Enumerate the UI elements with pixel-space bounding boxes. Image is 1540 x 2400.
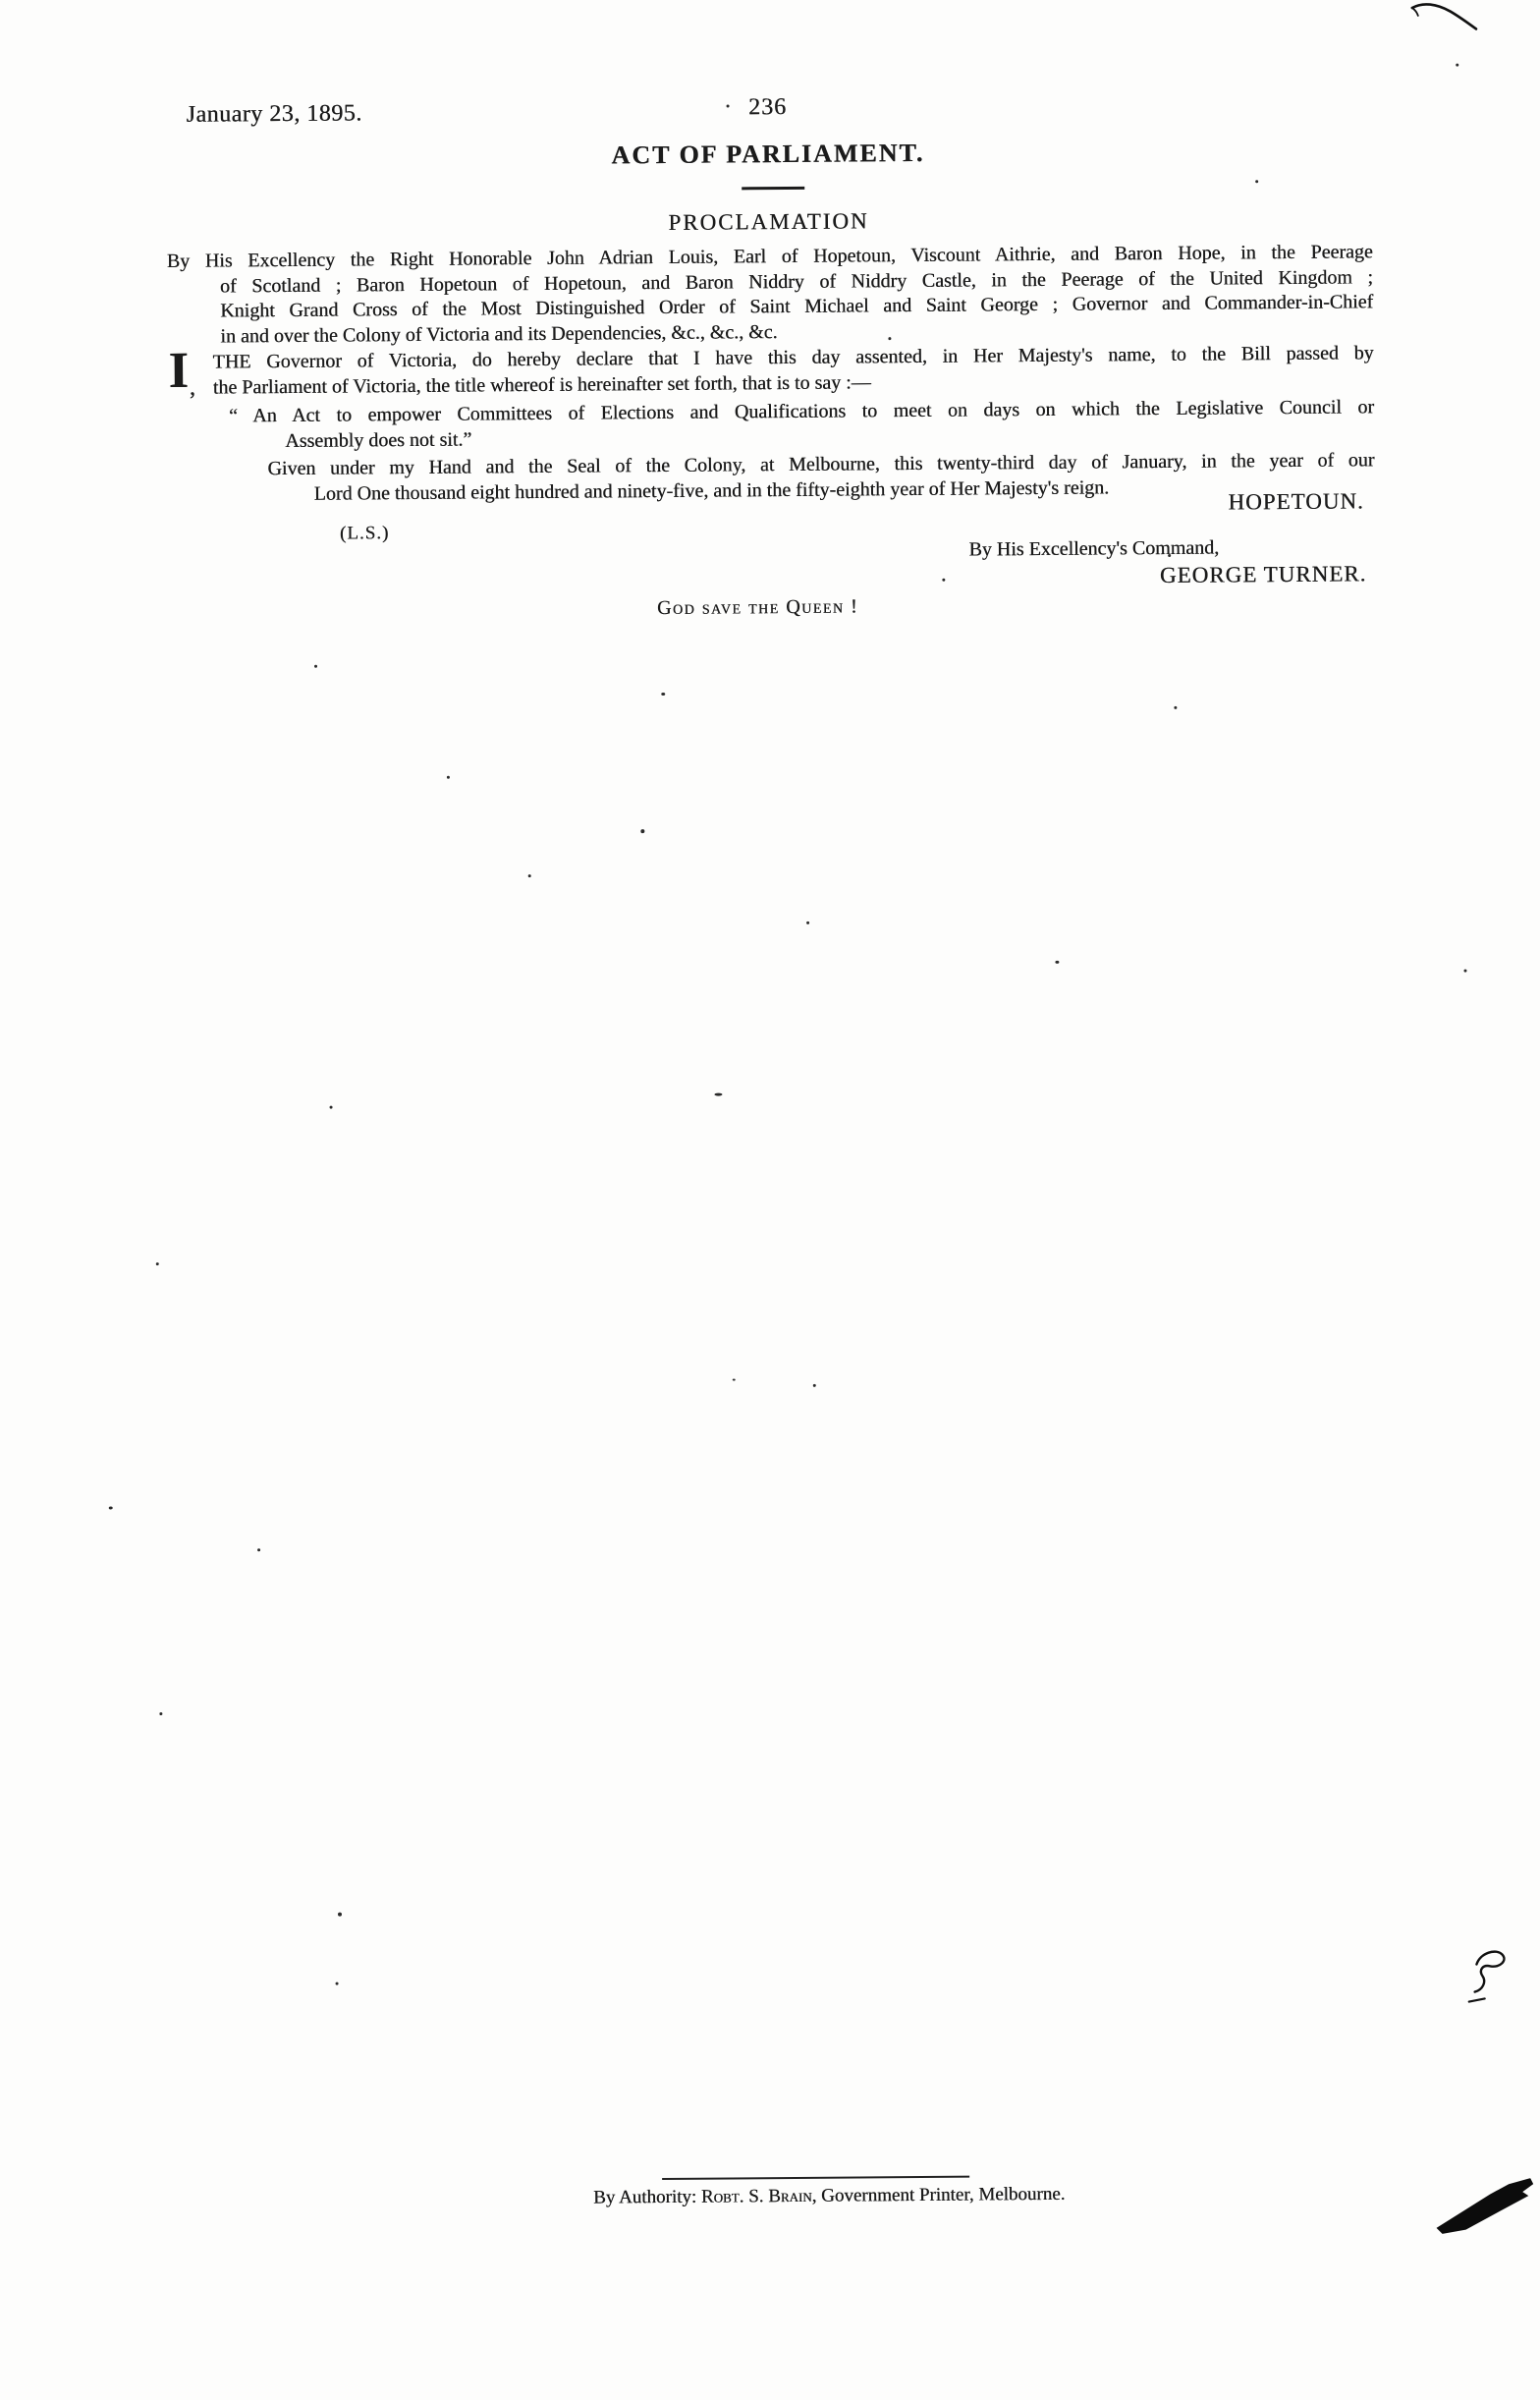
scan-speckle bbox=[330, 1106, 333, 1109]
ink-flourish-mark bbox=[1462, 1946, 1513, 2007]
proclamation-heading: PROCLAMATION bbox=[0, 203, 1539, 241]
scan-speckle bbox=[336, 1982, 339, 1985]
scan-speckle bbox=[1463, 970, 1466, 973]
governor-signature: HOPETOUN. bbox=[1228, 488, 1363, 515]
scan-speckle bbox=[528, 874, 531, 877]
scan-speckle bbox=[888, 337, 891, 340]
gazette-page: January 23, 1895. 236 ACT OF PARLIAMENT.… bbox=[0, 0, 1540, 2400]
scan-speckle bbox=[733, 1378, 736, 1380]
scan-speckle bbox=[727, 104, 730, 107]
declaration-paragraph: THE Governor of Victoria, do hereby decl… bbox=[212, 341, 1373, 400]
scan-speckle bbox=[661, 693, 665, 696]
imprint-line: By Authority: Robt. S. Brain, Government… bbox=[528, 2183, 1129, 2209]
scan-speckle bbox=[813, 1384, 816, 1387]
scan-content: January 23, 1895. 236 ACT OF PARLIAMENT.… bbox=[0, 0, 1540, 2400]
scan-speckle bbox=[159, 1712, 162, 1715]
imprint-suffix: , Government Printer, Melbourne. bbox=[812, 2184, 1066, 2206]
act-title-quote: “ An Act to empower Committees of Electi… bbox=[229, 395, 1374, 454]
scan-speckle bbox=[447, 776, 450, 779]
scan-speckle bbox=[1255, 180, 1258, 183]
scan-speckle bbox=[109, 1506, 113, 1509]
secretary-signature: GEORGE TURNER. bbox=[1160, 561, 1367, 588]
imprint-printer-name: Robt. S. Brain bbox=[701, 2186, 812, 2207]
scan-speckle bbox=[1168, 554, 1171, 557]
scan-speckle bbox=[714, 1093, 722, 1096]
preamble-paragraph: By His Excellency the Right Honorable Jo… bbox=[167, 240, 1374, 350]
scan-speckle bbox=[1456, 64, 1458, 67]
imprint-prefix: By Authority: bbox=[593, 2187, 701, 2208]
scan-speckle bbox=[640, 829, 644, 833]
scan-speckle bbox=[806, 921, 809, 924]
scan-speckle bbox=[942, 579, 945, 582]
document-title: ACT OF PARLIAMENT. bbox=[0, 134, 1538, 175]
testimonium-paragraph: Given under my Hand and the Seal of the … bbox=[267, 448, 1374, 507]
title-divider-rule bbox=[742, 187, 804, 191]
dropcap-comma: , bbox=[190, 375, 195, 402]
scan-speckle bbox=[1174, 706, 1177, 709]
command-attribution: By His Excellency's Command, bbox=[968, 537, 1219, 562]
scan-speckle bbox=[156, 1262, 159, 1265]
scan-speckle bbox=[1055, 961, 1059, 964]
scan-speckle bbox=[338, 1913, 342, 1917]
dropcap-initial: I bbox=[168, 348, 189, 395]
footer-divider-rule bbox=[662, 2176, 969, 2180]
page-number: 236 bbox=[0, 88, 1538, 127]
scan-speckle bbox=[314, 665, 317, 668]
pen-stroke-mark bbox=[1409, 0, 1480, 33]
seal-mark: (L.S.) bbox=[340, 523, 389, 544]
scan-speckle bbox=[257, 1548, 260, 1551]
ink-blob-mark bbox=[1436, 2178, 1536, 2236]
royal-motto: God save the Queen ! bbox=[2, 590, 1514, 625]
